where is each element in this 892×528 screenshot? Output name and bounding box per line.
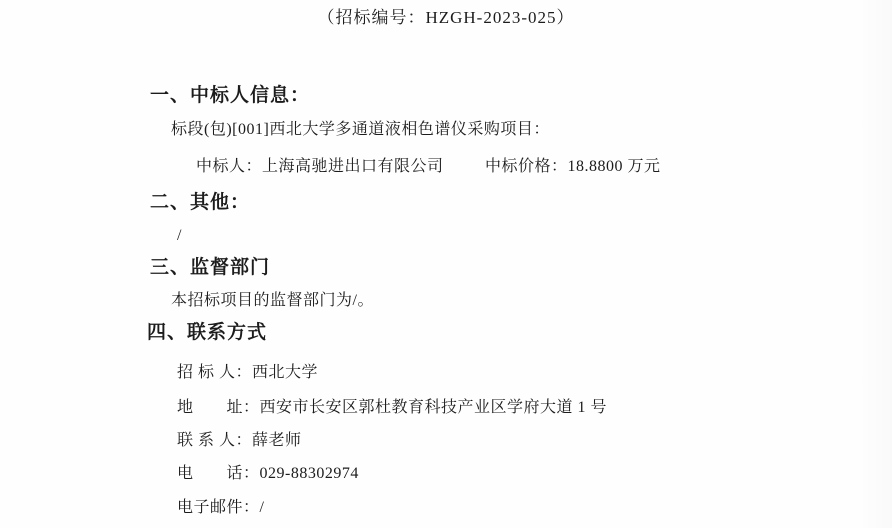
winner-price-line: 中标价格：18.8800 万元 — [485, 157, 661, 177]
supervision-content-line: 本招标项目的监督部门为/。 — [171, 291, 374, 311]
contact-phone-line: 电 话：029-88302974 — [177, 464, 359, 484]
bid-number-line: （招标编号：HZGH-2023-025） — [0, 7, 892, 28]
lot-description-line: 标段(包)[001]西北大学多通道液相色谱仪采购项目： — [171, 120, 550, 140]
section-heading-other: 二、其他： — [150, 191, 250, 215]
other-content-line: / — [177, 226, 182, 246]
section-heading-supervision: 三、监督部门 — [150, 256, 270, 280]
contact-email-line: 电子邮件：/ — [177, 498, 264, 518]
contact-person-line: 联 系 人：薛老师 — [177, 431, 302, 451]
winner-name-line: 中标人：上海高驰进出口有限公司 — [196, 157, 444, 177]
scanned-document-page: （招标编号：HZGH-2023-025） 一、中标人信息： 标段(包)[001]… — [0, 0, 892, 528]
section-heading-winner-info: 一、中标人信息： — [150, 84, 310, 108]
section-heading-contact: 四、联系方式 — [147, 321, 267, 345]
contact-tenderer-line: 招 标 人：西北大学 — [177, 363, 318, 383]
contact-address-line: 地 址：西安市长安区郭杜教育科技产业区学府大道 1 号 — [177, 398, 607, 418]
